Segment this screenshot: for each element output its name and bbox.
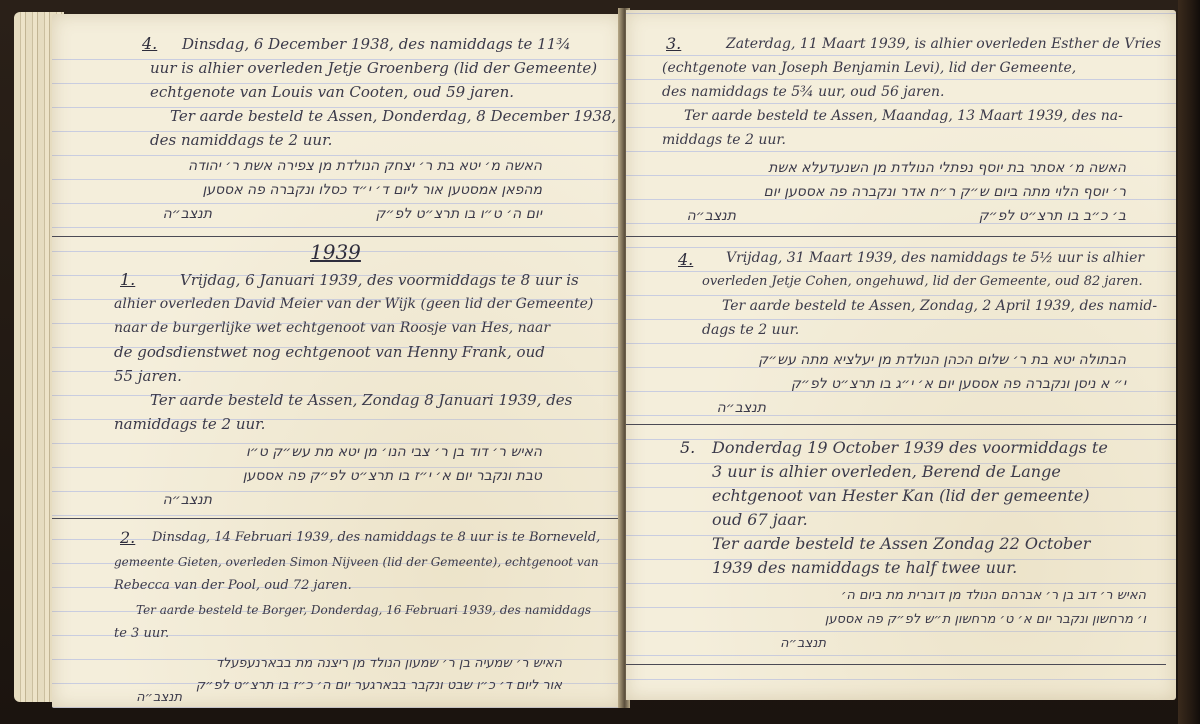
entry-text-line: middags te 2 uur.: [662, 128, 786, 152]
entry-text-line: alhier overleden David Meier van der Wij…: [114, 292, 593, 316]
year-heading: 1939: [310, 240, 361, 264]
entry-text-line: Donderdag 19 October 1939 des voormiddag…: [712, 436, 1108, 460]
hebrew-line: אור ליום ד׳ כ״ו שבט ונקבר בבארגער יום ה׳…: [196, 674, 562, 698]
entry-text-line: echtgenote van Louis van Cooten, oud 59 …: [150, 80, 514, 104]
entry-text-line: uur is alhier overleden Jetje Groenberg …: [150, 56, 597, 80]
entry-text-line: naar de burgerlijke wet echtgenoot van R…: [114, 316, 550, 340]
hebrew-line: האשה מ׳ אסתר בת יוסף נפתלי הנולדת מן השנ…: [768, 156, 1126, 180]
entry-number: 4.: [142, 34, 157, 53]
entry-text-line: Ter aarde besteld te Assen, Maandag, 13 …: [684, 104, 1123, 128]
entry-number: 5.: [680, 438, 695, 457]
hebrew-line: תנצב״ה: [163, 488, 212, 512]
hebrew-line: תנצב״ה: [687, 204, 736, 228]
entry-text-line: Ter aarde besteld te Assen, Donderdag, 8…: [170, 104, 616, 128]
entry-text-line: Rebecca van der Pool, oud 72 jaren.: [114, 574, 352, 598]
hebrew-line: טבת ונקבר יום א׳ י״ז בו תרצ״ט לפ״ק פה אס…: [243, 464, 542, 488]
left-page: 4. Dinsdag, 6 December 1938, des namidda…: [52, 14, 622, 708]
entry-number: 3.: [666, 34, 681, 53]
entry-divider: [626, 424, 1176, 425]
entry-text-line: 1939 des namiddags te half twee uur.: [712, 556, 1017, 580]
hebrew-line: יום ה׳ ט״ו בו תרצ״ט לפ״ק: [376, 202, 542, 226]
entry-text-line: Vrijdag, 31 Maart 1939, des namiddags te…: [726, 246, 1144, 270]
hebrew-line: הבתולה יטא בת ר׳ שלום הכהן הנולדת מן יעל…: [758, 348, 1126, 372]
entry-number: 2.: [120, 528, 135, 547]
entry-divider: [52, 518, 622, 519]
hebrew-line: ר׳ יוסף הלוי מתה ביום ש״ק ר״ח אדר ונקברה…: [764, 180, 1126, 204]
entry-text-line: Ter aarde besteld te Borger, Donderdag, …: [136, 598, 591, 622]
entry-text-line: Ter aarde besteld te Assen Zondag 22 Oct…: [712, 532, 1090, 556]
hebrew-line: ב׳ כ״ב בו תרצ״ט לפ״ק: [979, 204, 1126, 228]
hebrew-line: האיש ר׳ דוב בן ר׳ אברהם הנולד מן דוברית …: [841, 584, 1146, 608]
hebrew-line: תנצב״ה: [717, 396, 766, 420]
entry-text-line: Ter aarde besteld te Assen, Zondag 8 Jan…: [150, 388, 572, 412]
hebrew-line: ו׳ מרחשון ונקבר יום א׳ ט׳ מרחשון ת״ש לפ״…: [825, 608, 1146, 632]
entry-text-line: Vrijdag, 6 Januari 1939, des voormiddags…: [180, 268, 579, 292]
entry-number: 1.: [120, 270, 135, 289]
entry-text-line: overleden Jetje Cohen, ongehuwd, lid der…: [702, 270, 1143, 294]
entry-divider: [626, 236, 1176, 237]
entry-text-line: (echtgenote van Joseph Benjamin Levi), l…: [662, 56, 1076, 80]
entry-text-line: namiddags te 2 uur.: [114, 412, 265, 436]
right-page: 3. Zaterdag, 11 Maart 1939, is alhier ov…: [626, 10, 1176, 700]
hebrew-line: מהפאן אמסטען אור ליום ד׳ י״ד כסלו ונקברה…: [202, 178, 542, 202]
entry-text-line: dags te 2 uur.: [702, 318, 799, 342]
hebrew-line: י״ א ניסן ונקברה פה אססען יום א׳ י״ג בו …: [791, 372, 1126, 396]
hebrew-line: האשה מ׳ יטא בת ר׳ יצחק הנולדת מן צפירה א…: [188, 154, 542, 178]
entry-text-line: oud 67 jaar.: [712, 508, 808, 532]
cover-edge-right: [1178, 0, 1200, 724]
entry-number: 4.: [678, 250, 693, 269]
entry-text-line: Dinsdag, 6 December 1938, des namiddags …: [182, 32, 571, 56]
entry-text-line: de godsdienstwet nog echtgenoot van Henn…: [114, 340, 545, 364]
entry-text-line: des namiddags te 2 uur.: [150, 128, 332, 152]
entry-text-line: echtgenoot van Hester Kan (lid der gemee…: [712, 484, 1090, 508]
hebrew-line: תנצב״ה: [136, 686, 182, 710]
entry-text-line: 3 uur is alhier overleden, Berend de Lan…: [712, 460, 1061, 484]
entry-divider: [626, 664, 1166, 665]
entry-text-line: Zaterdag, 11 Maart 1939, is alhier overl…: [726, 32, 1161, 56]
entry-text-line: Ter aarde besteld te Assen, Zondag, 2 Ap…: [722, 294, 1157, 318]
hebrew-line: האיש ר׳ שמעיה בן ר׳ שמעון הנולד מן ריצנה…: [216, 652, 562, 676]
entry-text-line: Dinsdag, 14 Februari 1939, des namiddags…: [152, 526, 600, 550]
hebrew-line: האיש ר׳ דוד בן ר׳ צבי הנו׳ מן יטא מת עש״…: [246, 440, 542, 464]
entry-text-line: te 3 uur.: [114, 622, 169, 646]
hebrew-line: תנצב״ה: [163, 202, 212, 226]
entry-text-line: 55 jaren.: [114, 364, 182, 388]
entry-divider: [52, 236, 622, 237]
hebrew-line: תנצב״ה: [780, 632, 826, 656]
entry-text-line: des namiddags te 5¾ uur, oud 56 jaren.: [662, 80, 945, 104]
entry-text-line: gemeente Gieten, overleden Simon Nijveen…: [114, 550, 599, 574]
